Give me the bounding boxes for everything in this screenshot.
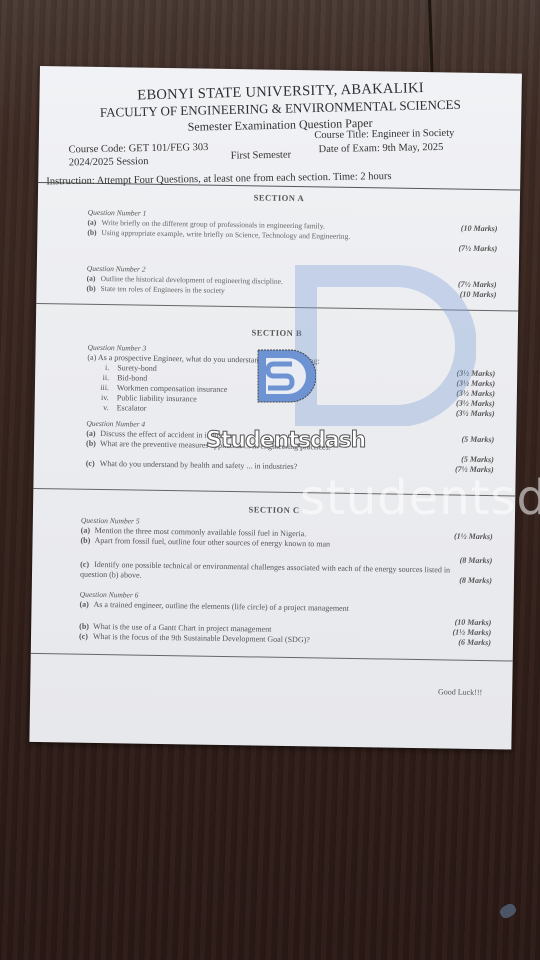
footer-rule [31, 653, 513, 662]
session: 2024/2025 Session [69, 156, 149, 168]
exam-date: Date of Exam: 9th May, 2025 [319, 142, 444, 155]
part-marks: (7½ Marks) [458, 244, 497, 255]
part-marks: (10 Marks) [455, 618, 492, 629]
part-marks: (10 Marks) [461, 224, 498, 235]
semester: First Semester [231, 150, 292, 162]
part-marks: (5 Marks) [461, 455, 494, 466]
closing-note: Good Luck!!! [438, 687, 482, 697]
part-marks: (1½ Marks) [454, 532, 493, 543]
course-code: Course Code: GET 101/FEG 303 [68, 142, 208, 155]
item-text: Surety-bond [117, 363, 157, 373]
part-text: What do you understand by health and saf… [100, 459, 298, 471]
item-label: iii. [87, 383, 117, 393]
item-label: ii. [87, 373, 117, 383]
section-title: SECTION A [38, 189, 520, 207]
watermark-sd-logo-icon [252, 346, 316, 406]
part-label: (b) [87, 228, 101, 238]
part-label: (b) [86, 439, 100, 449]
item-text: Bid-bond [117, 373, 147, 382]
part-label: (a) [87, 218, 101, 228]
watermark-faint-text: studentsda [300, 470, 540, 526]
part-label: (c) [86, 459, 100, 469]
part-label: (b) [86, 284, 100, 294]
part-text: State ten roles of Engineers in the soci… [100, 284, 224, 295]
watermark-text: Studentsdash [206, 428, 365, 453]
part-marks: (8 Marks) [459, 576, 492, 587]
item-text: Workmen compensation insurance [117, 383, 228, 394]
table-stain [498, 902, 518, 920]
item-label: v. [87, 403, 117, 413]
question-6: Question Number 6 (a)As a trained engine… [31, 589, 514, 649]
item-label: i. [87, 363, 117, 373]
part-label: (c) [79, 632, 93, 642]
item-text: Escalator [117, 403, 147, 412]
part-label: (a) [86, 429, 100, 439]
course-title: Course Title: Engineer in Society [314, 128, 454, 141]
part-marks: (6 Marks) [458, 638, 491, 649]
part-label: (a) [81, 526, 95, 536]
part-label: (b) [80, 536, 94, 546]
part-label: (a) [87, 274, 101, 284]
item-label: iv. [87, 393, 117, 403]
part-label: (b) [79, 622, 93, 632]
item-text: Public liability insurance [117, 393, 197, 403]
part-marks: (8 Marks) [460, 556, 493, 567]
part-marks: (5 Marks) [461, 435, 494, 446]
part-label: (a) [79, 600, 93, 610]
part-marks: (1½ Marks) [452, 628, 491, 639]
question-1: Question Number 1 (a)Write briefly on th… [37, 207, 520, 255]
part-label: (c) [80, 560, 94, 570]
